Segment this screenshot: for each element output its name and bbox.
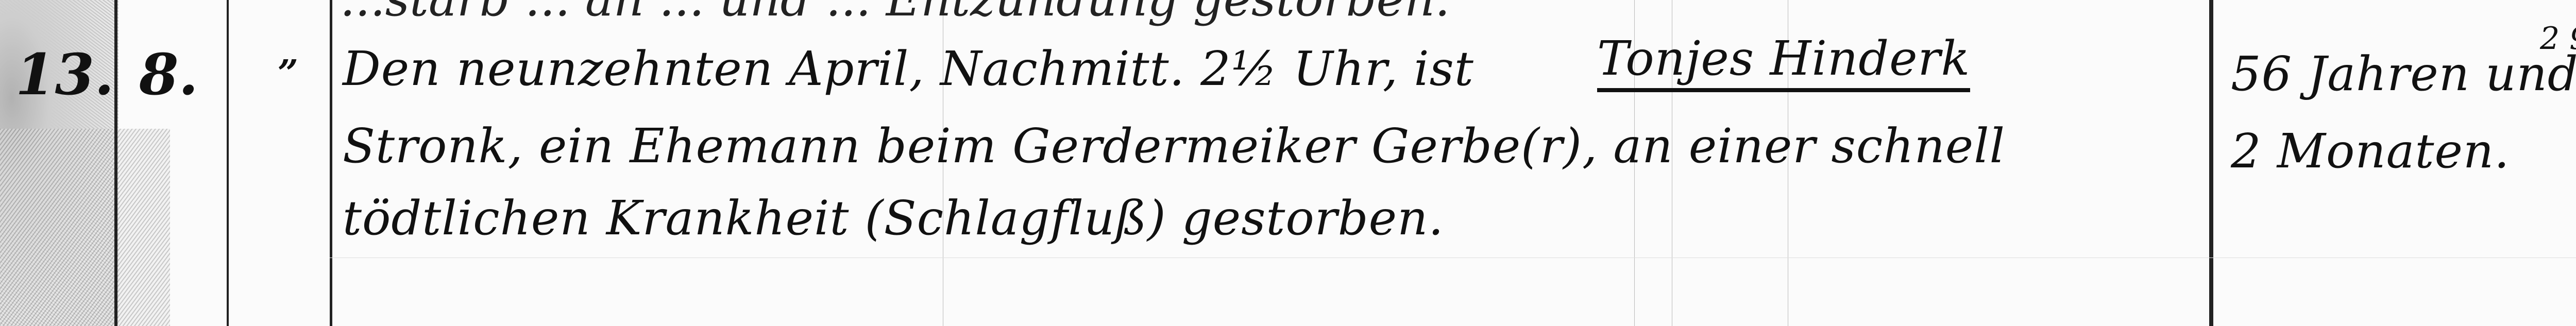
ruled-line <box>330 258 2576 258</box>
column-divider <box>2209 0 2213 326</box>
previous-entry-fragment: ...starb ... an ... und ... Entzündung g… <box>340 0 1450 27</box>
margin-marks: 2 9 <box>2540 21 2576 57</box>
entry-number: 13. <box>15 41 114 108</box>
entry-line-2: Stronk, ein Ehemann beim Gerdermeiker Ge… <box>343 118 2005 174</box>
age-line-1: 56 Jahren und <box>2231 46 2576 101</box>
column-divider <box>227 0 229 326</box>
entry-line-3: tödtlichen Krankheit (Schlagfluß) gestor… <box>343 191 1444 246</box>
entry-line-1: Den neunzehnten April, Nachmitt. 2½ Uhr,… <box>343 41 1474 96</box>
paper-stain <box>0 129 170 326</box>
column-divider <box>330 0 332 326</box>
deceased-name: Tonjes Hinderk <box>1597 31 1970 92</box>
column-divider <box>114 0 117 326</box>
age-line-2: 2 Monaten. <box>2231 124 2510 179</box>
day-of-month: 8. <box>139 41 198 108</box>
month-ditto-mark: „ <box>278 31 299 74</box>
